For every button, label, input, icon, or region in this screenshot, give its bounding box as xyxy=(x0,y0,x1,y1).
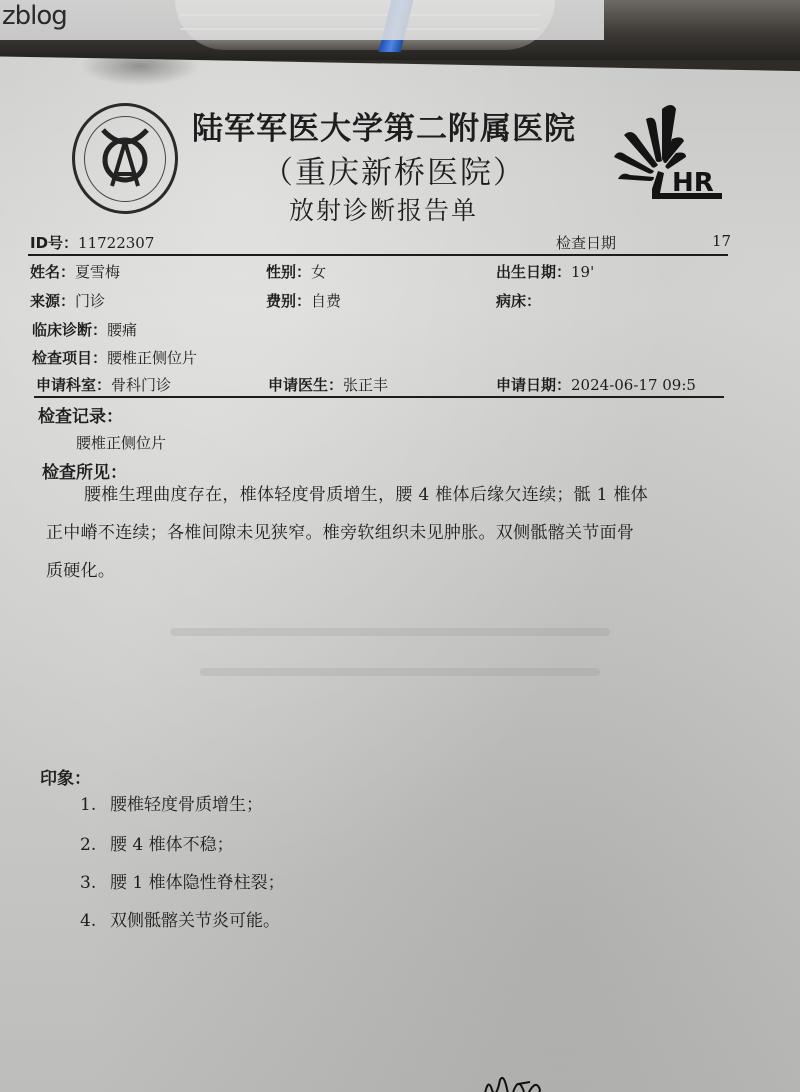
clinical-diagnosis-field: 临床诊断：腰痛 xyxy=(32,319,137,340)
bleed-through xyxy=(200,668,600,676)
fee-value: 自费 xyxy=(311,292,341,310)
exam-date-value: 17 xyxy=(712,232,731,250)
seal-emblem-icon xyxy=(95,124,155,194)
bleed-through xyxy=(170,628,610,636)
dob-value: 19' xyxy=(571,263,594,281)
hospital-alias: （重庆新桥医院） xyxy=(262,147,526,192)
name-value: 夏雪梅 xyxy=(75,263,120,281)
id-field: ID号：11722307 xyxy=(30,232,154,253)
divider xyxy=(34,396,724,398)
bed-field: 病床： xyxy=(496,290,541,311)
sex-value: 女 xyxy=(311,263,326,281)
exam-item-value: 腰椎正侧位片 xyxy=(107,349,197,367)
findings-line: 质硬化。 xyxy=(46,552,736,590)
sex-field: 性别：女 xyxy=(266,261,326,282)
findings-text: 腰椎生理曲度存在，椎体轻度骨质增生，腰 4 椎体后缘欠连续；骶 1 椎体 正中嵴… xyxy=(46,476,736,590)
source-value: 门诊 xyxy=(75,292,105,310)
record-heading: 检查记录： xyxy=(38,402,123,427)
doctor-value: 张正丰 xyxy=(343,376,388,394)
findings-line: 腰椎生理曲度存在，椎体轻度骨质增生，腰 4 椎体后缘欠连续；骶 1 椎体 xyxy=(46,476,736,514)
id-value: 11722307 xyxy=(78,234,154,252)
watermark-text: zblog xyxy=(2,1,67,31)
hospital-seal-icon xyxy=(72,103,178,214)
exam-item-field: 检查项目：腰椎正侧位片 xyxy=(32,347,197,368)
source-field: 来源：门诊 xyxy=(30,290,105,311)
impression-item: 1.腰椎轻度骨质增生； xyxy=(80,790,263,815)
dob-field: 出生日期：19' xyxy=(496,261,594,282)
report-title: 放射诊断报告单 xyxy=(289,191,478,227)
request-date-value: 2024-06-17 09:5 xyxy=(571,376,696,394)
impression-item: 3.腰 1 椎体隐性脊柱裂； xyxy=(80,868,285,893)
record-text: 腰椎正侧位片 xyxy=(76,432,166,453)
findings-line: 正中嵴不连续；各椎间隙未见狭窄。椎旁软组织未见肿胀。双侧骶髂关节面骨 xyxy=(46,514,736,552)
report-paper: 陆军军医大学第二附属医院 （重庆新桥医院） 放射诊断报告单 HR ID号：117… xyxy=(0,46,800,1092)
name-field: 姓名：夏雪梅 xyxy=(30,261,120,282)
clinical-diagnosis-value: 腰痛 xyxy=(107,321,137,339)
svg-text:HR: HR xyxy=(672,168,714,198)
fee-field: 费别：自费 xyxy=(266,290,341,311)
doctor-field: 申请医生：张正丰 xyxy=(268,374,388,395)
hospital-name: 陆军军医大学第二附属医院 xyxy=(192,103,576,148)
exam-date-field: 检查日期 xyxy=(556,232,616,253)
request-date-field: 申请日期：2024-06-17 09:5 xyxy=(496,374,696,395)
impression-heading: 印象： xyxy=(40,764,91,789)
department-field: 申请科室：骨科门诊 xyxy=(36,374,171,395)
watermark-banner: zblog xyxy=(0,0,604,40)
impression-item: 2.腰 4 椎体不稳； xyxy=(80,830,234,855)
department-value: 骨科门诊 xyxy=(111,376,171,394)
handwritten-signature-icon xyxy=(478,1070,548,1092)
divider xyxy=(28,254,728,256)
impression-item: 4.双侧骶髂关节炎可能。 xyxy=(80,906,280,931)
hr-logo-icon: HR xyxy=(610,101,725,206)
